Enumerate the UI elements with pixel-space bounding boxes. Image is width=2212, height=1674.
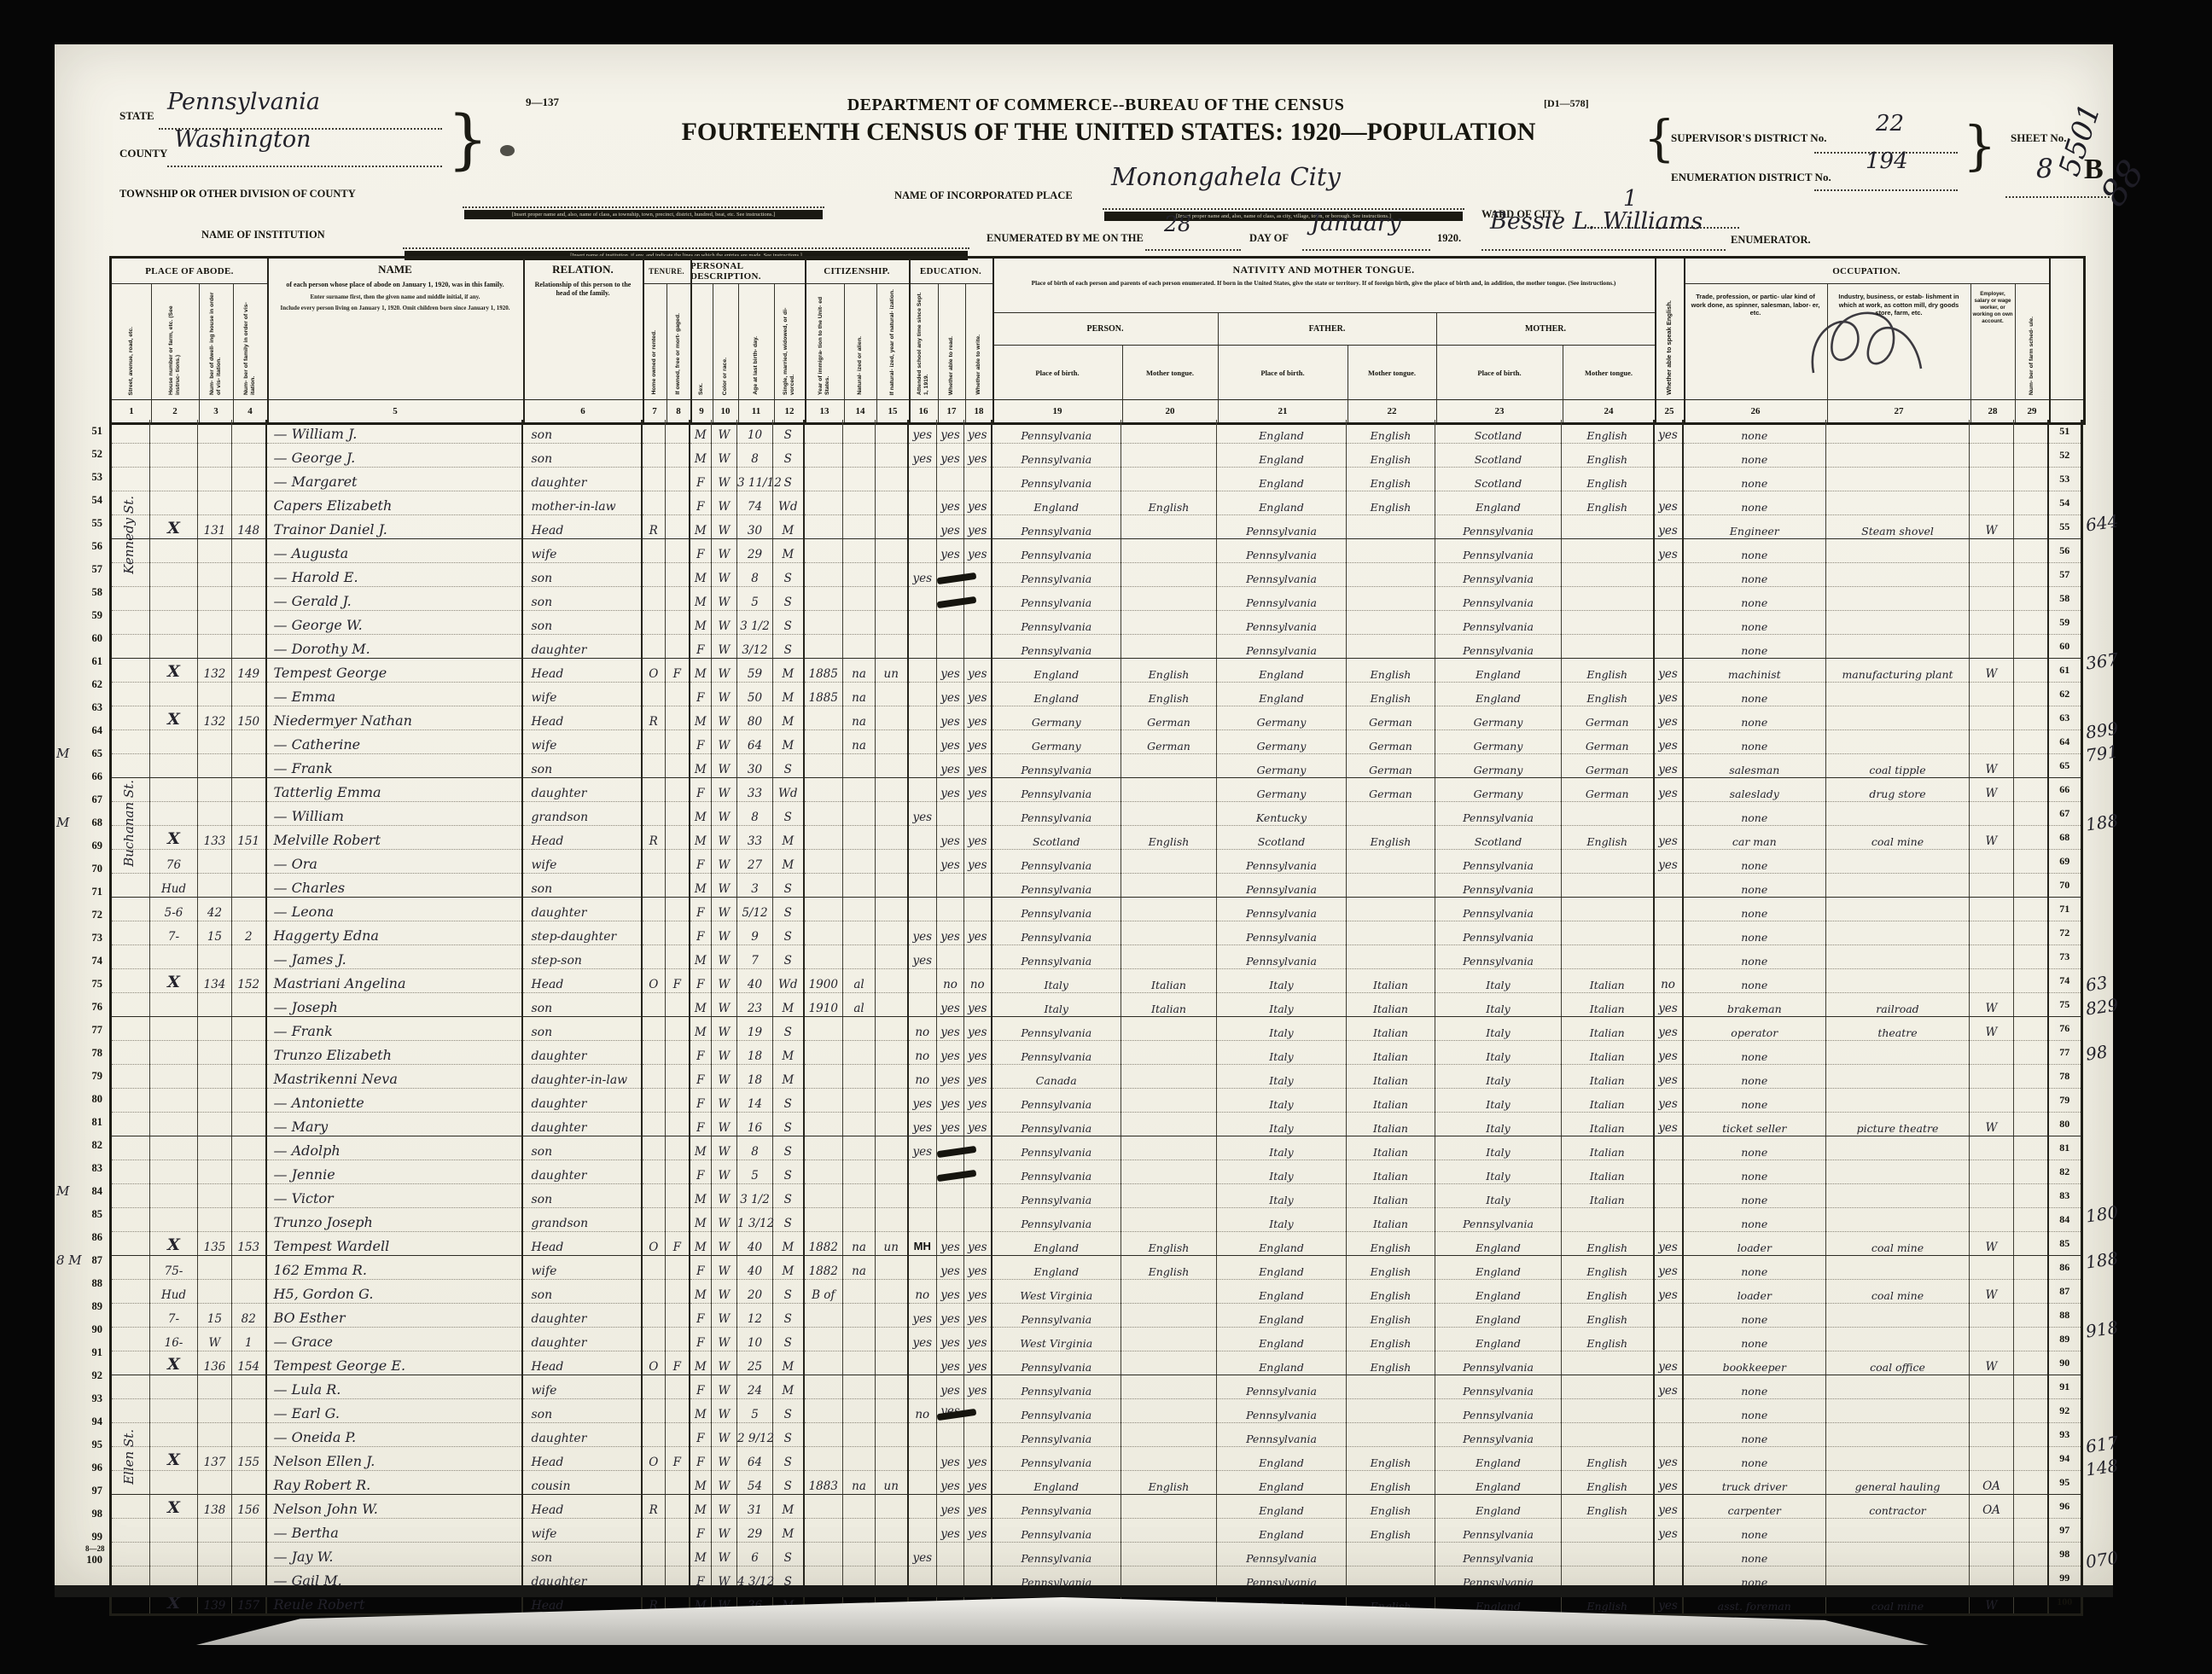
person-birthplace: Pennsylvania — [992, 898, 1121, 921]
sex: M — [690, 802, 712, 826]
home-owned-rented — [642, 1089, 666, 1113]
naturalization-year — [876, 921, 908, 945]
color-race: W — [712, 1280, 737, 1304]
home-owned-rented — [642, 683, 666, 706]
col-label-c3: Num- ber of dwell- ing house in order of… — [209, 286, 223, 395]
naturalized-alien: na — [843, 730, 876, 754]
mother-birthplace: Pennsylvania — [1435, 515, 1562, 539]
naturalization-year — [876, 706, 908, 730]
col-number-23: 23 — [1436, 399, 1563, 422]
home-owned-rented — [642, 468, 666, 491]
naturalization-year — [876, 515, 908, 539]
color-race: W — [712, 1089, 737, 1113]
person-row-90: X136154Tempest George E.HeadOFMW25Myesye… — [111, 1351, 2082, 1375]
person-mother-tongue: English — [1121, 491, 1217, 515]
immigration-year — [804, 420, 843, 444]
marital-status: S — [773, 945, 804, 969]
house-number: X — [150, 826, 198, 850]
marital-status: S — [773, 1543, 804, 1566]
state-label: STATE — [119, 109, 154, 123]
employer-class — [1970, 1543, 2014, 1566]
industry: coal mine — [1826, 1280, 1970, 1304]
house-number: 7- — [150, 921, 198, 945]
family-number — [232, 802, 266, 826]
home-owned-rented — [642, 1280, 666, 1304]
sex: F — [690, 491, 712, 515]
supervisor-district-value: 22 — [1876, 111, 1904, 137]
relation: daughter — [522, 1160, 642, 1184]
person-birthplace: Pennsylvania — [992, 1184, 1121, 1208]
col-number-12: 12 — [774, 399, 805, 422]
father-mother-tongue — [1347, 539, 1435, 563]
able-to-write: yes — [964, 1328, 992, 1351]
institution-label: NAME OF INSTITUTION — [201, 229, 325, 241]
color-race: W — [712, 969, 737, 993]
name: — Joseph — [266, 993, 522, 1017]
immigration-year — [804, 1208, 843, 1232]
person-birthplace: Pennsylvania — [992, 1136, 1121, 1160]
person-mother-tongue — [1121, 1208, 1217, 1232]
employer-class: W — [1970, 993, 2014, 1017]
owned-free-mortgaged — [666, 587, 690, 611]
father-mother-tongue: English — [1347, 1447, 1435, 1471]
family-number — [232, 1399, 266, 1423]
family-number — [232, 898, 266, 921]
grid-line — [643, 259, 644, 422]
mother-mother-tongue — [1562, 921, 1654, 945]
dwelling-number — [198, 754, 232, 778]
industry — [1826, 1543, 1970, 1566]
marital-status: S — [773, 1136, 804, 1160]
color-race: W — [712, 611, 737, 635]
name: — Grace — [266, 1328, 522, 1351]
left-line-number: 61 — [70, 655, 102, 668]
dwelling-number: 42 — [198, 898, 232, 921]
naturalization-year — [876, 1065, 908, 1089]
name: Tempest George E. — [266, 1351, 522, 1375]
able-to-write: yes — [964, 420, 992, 444]
person-birthplace: Italy — [992, 993, 1121, 1017]
line-number: 91 — [2048, 1375, 2082, 1399]
employer-class: OA — [1970, 1495, 2014, 1519]
relation: son — [522, 993, 642, 1017]
person-mother-tongue — [1121, 611, 1217, 635]
street-name-label: Ellen St. — [111, 1410, 147, 1503]
marital-status: M — [773, 515, 804, 539]
relation: son — [522, 420, 642, 444]
industry: coal mine — [1826, 826, 1970, 850]
speaks-english — [1654, 1328, 1683, 1351]
dwelling-number: 137 — [198, 1447, 232, 1471]
col-number-4: 4 — [233, 399, 267, 422]
color-race: W — [712, 515, 737, 539]
dwelling-number — [198, 1184, 232, 1208]
able-to-read: yes — [937, 683, 964, 706]
speaks-english — [1654, 468, 1683, 491]
age: 23 — [737, 993, 773, 1017]
relation: wife — [522, 730, 642, 754]
house-number: 16- — [150, 1328, 198, 1351]
person-row-70: Hud— CharlessonMW3SPennsylvaniaPennsylva… — [111, 874, 2082, 898]
dwelling-number — [198, 1113, 232, 1136]
house-number — [150, 1423, 198, 1447]
grid-line — [938, 284, 939, 422]
person-birthplace: Pennsylvania — [992, 1423, 1121, 1447]
sheet-label: SHEET No. — [2011, 131, 2067, 145]
immigration-year: 1882 — [804, 1232, 843, 1256]
street-cell — [111, 1256, 150, 1280]
naturalization-year — [876, 1280, 908, 1304]
relation: daughter — [522, 1041, 642, 1065]
house-number — [150, 683, 198, 706]
line-number: 75 — [2048, 993, 2082, 1017]
mother-birthplace: Pennsylvania — [1435, 945, 1562, 969]
occupation: saleslady — [1683, 778, 1826, 802]
able-to-read — [937, 1208, 964, 1232]
able-to-write: yes — [964, 1113, 992, 1136]
industry — [1826, 945, 1970, 969]
father-mother-tongue — [1347, 1543, 1435, 1566]
owned-free-mortgaged — [666, 898, 690, 921]
speaks-english: yes — [1654, 1017, 1683, 1041]
father-birthplace: England — [1217, 659, 1347, 683]
naturalized-alien: na — [843, 683, 876, 706]
relation: son — [522, 1280, 642, 1304]
industry — [1826, 1519, 1970, 1543]
name: Melville Robert — [266, 826, 522, 850]
mother-birthplace: England — [1435, 1328, 1562, 1351]
left-line-number: 92 — [70, 1369, 102, 1382]
occupation: none — [1683, 1089, 1826, 1113]
sex: M — [690, 444, 712, 468]
employer-class — [1970, 921, 2014, 945]
person-mother-tongue: German — [1121, 730, 1217, 754]
mother-mother-tongue — [1562, 515, 1654, 539]
age: 3 1/2 — [737, 611, 773, 635]
nativity-nat_d: Place of birth of each person and parent… — [998, 279, 1650, 287]
speaks-english: yes — [1654, 850, 1683, 874]
house-number — [150, 993, 198, 1017]
grid-line — [690, 259, 692, 422]
doc-code: [D1—578] — [1544, 97, 1589, 110]
immigration-year — [804, 1304, 843, 1328]
able-to-write: yes — [964, 706, 992, 730]
relation: daughter — [522, 778, 642, 802]
occupation: none — [1683, 539, 1826, 563]
immigration-year: 1885 — [804, 683, 843, 706]
able-to-read: yes — [937, 1041, 964, 1065]
able-to-write: yes — [964, 1089, 992, 1113]
industry: general hauling — [1826, 1471, 1970, 1495]
speaks-english — [1654, 1304, 1683, 1328]
dwelling-number: W — [198, 1328, 232, 1351]
left-line-number: 75 — [70, 978, 102, 991]
color-race: W — [712, 993, 737, 1017]
naturalized-alien — [843, 1519, 876, 1543]
able-to-write — [964, 1208, 992, 1232]
mother-mother-tongue: Italian — [1562, 1041, 1654, 1065]
mother-mother-tongue — [1562, 1208, 1654, 1232]
marital-status: S — [773, 1447, 804, 1471]
sex: M — [690, 611, 712, 635]
owned-free-mortgaged — [666, 1208, 690, 1232]
attended-school — [908, 754, 937, 778]
name: — Frank — [266, 754, 522, 778]
attended-school: yes — [908, 1328, 937, 1351]
able-to-write: yes — [964, 754, 992, 778]
family-number — [232, 587, 266, 611]
employer-class — [1970, 420, 2014, 444]
father-mother-tongue: Italian — [1347, 969, 1435, 993]
farm-schedule — [2014, 1160, 2048, 1184]
person-birthplace: Pennsylvania — [992, 587, 1121, 611]
mother-mother-tongue — [1562, 850, 1654, 874]
line-number: 58 — [2048, 587, 2082, 611]
house-number — [150, 1113, 198, 1136]
naturalization-year — [876, 730, 908, 754]
sex: M — [690, 1471, 712, 1495]
owned-free-mortgaged — [666, 1328, 690, 1351]
color-race: W — [712, 1160, 737, 1184]
color-race: W — [712, 826, 737, 850]
dwelling-number — [198, 1065, 232, 1089]
father-birthplace: Pennsylvania — [1217, 635, 1347, 659]
naturalized-alien — [843, 850, 876, 874]
grid-line — [233, 284, 234, 422]
speaks-english — [1654, 1184, 1683, 1208]
nativity-group: NATIVITY AND MOTHER TONGUE.Place of birt… — [992, 259, 1655, 313]
col-number-11: 11 — [738, 399, 774, 422]
grid-line — [805, 259, 806, 422]
person-row-74: X134152Mastriani AngelinaHeadOFFW40Wd190… — [111, 969, 2082, 993]
person-row-87: HudH5, Gordon G.sonMW20SB ofnoyesyesWest… — [111, 1280, 2082, 1304]
col-number-27: 27 — [1827, 399, 1970, 422]
occupation: none — [1683, 635, 1826, 659]
owned-free-mortgaged — [666, 921, 690, 945]
family-number — [232, 1375, 266, 1399]
father-birthplace: Italy — [1217, 1208, 1347, 1232]
name: Ray Robert R. — [266, 1471, 522, 1495]
person-mother-tongue: English — [1121, 826, 1217, 850]
employer-class: W — [1970, 1351, 2014, 1375]
name: — Antoniette — [266, 1089, 522, 1113]
father-mother-tongue — [1347, 1423, 1435, 1447]
immigration-year — [804, 1543, 843, 1566]
family-number — [232, 444, 266, 468]
mother-mother-tongue — [1562, 874, 1654, 898]
relation: wife — [522, 850, 642, 874]
col-head-c29: Num- ber of farm sched- ule. — [2015, 284, 2049, 399]
mother-mother-tongue — [1562, 898, 1654, 921]
speaks-english: yes — [1654, 683, 1683, 706]
naturalized-alien: na — [843, 1256, 876, 1280]
able-to-write: yes — [964, 730, 992, 754]
grid-line — [844, 284, 845, 422]
mother-birthplace: Pennsylvania — [1435, 874, 1562, 898]
census-table: — William J.sonMW10SyesyesyesPennsylvani… — [109, 420, 2083, 1616]
house-number — [150, 1184, 198, 1208]
industry — [1826, 444, 1970, 468]
dwelling-number — [198, 444, 232, 468]
color-race: W — [712, 1328, 737, 1351]
col-label-c12: Single, married, widowed, or di- vorced. — [783, 286, 796, 395]
sex: M — [690, 1399, 712, 1423]
naturalized-alien: na — [843, 659, 876, 683]
father-mother-tongue — [1347, 850, 1435, 874]
mother-birthplace: Germany — [1435, 706, 1562, 730]
family-number: 155 — [232, 1447, 266, 1471]
dwelling-number — [198, 778, 232, 802]
col-number-5: 5 — [267, 399, 523, 422]
mother-birthplace: Pennsylvania — [1435, 898, 1562, 921]
person-row-57: — Harold E.sonMW8SyesPennsylvaniaPennsyl… — [111, 563, 2082, 587]
person-row-54: Capers Elizabethmother-in-lawFW74Wdyesye… — [111, 491, 2082, 515]
naturalized-alien — [843, 1351, 876, 1375]
attended-school: no — [908, 1280, 937, 1304]
mother-birthplace: Italy — [1435, 1065, 1562, 1089]
father-mother-tongue: Italian — [1347, 1136, 1435, 1160]
mother-mother-tongue: English — [1562, 1471, 1654, 1495]
mother-birthplace: England — [1435, 491, 1562, 515]
family-number — [232, 468, 266, 491]
naturalization-year — [876, 1136, 908, 1160]
name: — Bertha — [266, 1519, 522, 1543]
father-birthplace: England — [1217, 1519, 1347, 1543]
left-margin-note: M — [56, 815, 69, 830]
marital-status: S — [773, 1089, 804, 1113]
farm-schedule — [2014, 1399, 2048, 1423]
grid-line — [1970, 284, 1971, 422]
immigration-year — [804, 1375, 843, 1399]
able-to-write — [964, 1543, 992, 1566]
immigration-year — [804, 611, 843, 635]
color-race: W — [712, 491, 737, 515]
enumeration-district-line — [1814, 189, 1958, 191]
farm-schedule — [2014, 611, 2048, 635]
home-owned-rented: R — [642, 1495, 666, 1519]
age: 40 — [737, 1256, 773, 1280]
color-race: W — [712, 1065, 737, 1089]
house-number: X — [150, 1232, 198, 1256]
family-number — [232, 730, 266, 754]
employer-class: W — [1970, 515, 2014, 539]
color-race: W — [712, 778, 737, 802]
immigration-year — [804, 563, 843, 587]
sex: F — [690, 468, 712, 491]
speaks-english: yes — [1654, 778, 1683, 802]
age: 18 — [737, 1065, 773, 1089]
color-race: W — [712, 420, 737, 444]
color-race: W — [712, 1304, 737, 1328]
line-number: 53 — [2048, 468, 2082, 491]
street-cell — [111, 1113, 150, 1136]
naturalization-year — [876, 563, 908, 587]
employer-class: W — [1970, 1113, 2014, 1136]
street-cell — [111, 993, 150, 1017]
dwelling-number — [198, 730, 232, 754]
person-birthplace: Pennsylvania — [992, 1017, 1121, 1041]
father-birthplace: Pennsylvania — [1217, 539, 1347, 563]
father-mother-tongue — [1347, 874, 1435, 898]
person-row-79: — AntoniettedaughterFW14SyesyesyesPennsy… — [111, 1089, 2082, 1113]
mother-birthplace: Pennsylvania — [1435, 1375, 1562, 1399]
mother-birthplace: Pennsylvania — [1435, 1208, 1562, 1232]
relation: wife — [522, 683, 642, 706]
sex: F — [690, 1065, 712, 1089]
left-line-number: 59 — [70, 609, 102, 622]
person-row-55: X131148Trainor Daniel J.HeadRMW30Myesyes… — [111, 515, 2082, 539]
mother-birthplace: Germany — [1435, 730, 1562, 754]
dwelling-number — [198, 491, 232, 515]
farm-schedule — [2014, 730, 2048, 754]
farm-schedule — [2014, 1136, 2048, 1160]
attended-school — [908, 826, 937, 850]
relation: step-daughter — [522, 921, 642, 945]
line-number: 85 — [2048, 1232, 2082, 1256]
left-line-number: 94 — [70, 1415, 102, 1428]
occupation: brakeman — [1683, 993, 1826, 1017]
family-number: 149 — [232, 659, 266, 683]
immigration-year — [804, 1160, 843, 1184]
farm-schedule — [2014, 945, 2048, 969]
family-number — [232, 1136, 266, 1160]
mother-mother-tongue: Italian — [1562, 1017, 1654, 1041]
house-number — [150, 802, 198, 826]
employer-class — [1970, 1304, 2014, 1328]
employer-class — [1970, 1375, 2014, 1399]
name: Trunzo Joseph — [266, 1208, 522, 1232]
mother-mother-tongue: Italian — [1562, 1065, 1654, 1089]
relation: grandson — [522, 1208, 642, 1232]
census-title: FOURTEENTH CENSUS OF THE UNITED STATES: … — [678, 118, 1540, 147]
mother-birthplace: England — [1435, 1280, 1562, 1304]
owned-free-mortgaged: F — [666, 659, 690, 683]
owned-free-mortgaged — [666, 1089, 690, 1113]
owned-free-mortgaged — [666, 1017, 690, 1041]
sex: M — [690, 826, 712, 850]
speaks-english: yes — [1654, 1519, 1683, 1543]
industry: coal mine — [1826, 1232, 1970, 1256]
col-number-10: 10 — [713, 399, 738, 422]
mother-birthplace: Pennsylvania — [1435, 850, 1562, 874]
occupation: loader — [1683, 1232, 1826, 1256]
employer-class — [1970, 898, 2014, 921]
color-race: W — [712, 1423, 737, 1447]
citizenship-group-title: CITIZENSHIP. — [805, 259, 909, 284]
home-owned-rented — [642, 1256, 666, 1280]
name: — Leona — [266, 898, 522, 921]
street-cell — [111, 1160, 150, 1184]
name: — Augusta — [266, 539, 522, 563]
dwelling-number — [198, 635, 232, 659]
home-owned-rented: O — [642, 1351, 666, 1375]
relation: daughter — [522, 1328, 642, 1351]
person-row-89: 16-W1— GracedaughterFW10SyesyesyesWest V… — [111, 1328, 2082, 1351]
relation: daughter — [522, 898, 642, 921]
able-to-read: yes — [937, 1113, 964, 1136]
age: 14 — [737, 1089, 773, 1113]
person-mother-tongue: Italian — [1121, 993, 1217, 1017]
occupation: none — [1683, 1543, 1826, 1566]
left-line-number: 72 — [70, 909, 102, 921]
naturalization-year — [876, 1184, 908, 1208]
age: 5 — [737, 587, 773, 611]
industry — [1826, 969, 1970, 993]
farm-schedule — [2014, 683, 2048, 706]
speaks-english: yes — [1654, 706, 1683, 730]
able-to-read — [937, 802, 964, 826]
house-number — [150, 778, 198, 802]
